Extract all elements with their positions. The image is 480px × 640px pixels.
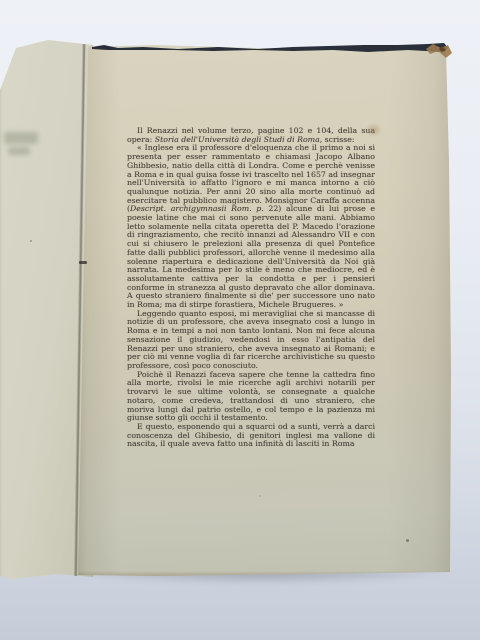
book-photo-scene: Il Renazzi nel volume terzo, pagine 102 … <box>0 0 480 640</box>
paper-speck <box>30 240 32 242</box>
quote-text-end: 22) alcune di lui prose e poesie latine … <box>127 204 375 309</box>
reference-italic: Descript. archigymnasii Rom. p. <box>130 204 264 213</box>
show-through-marks <box>8 147 30 155</box>
page-text-block: Il Renazzi nel volume terzo, pagine 102 … <box>127 127 375 449</box>
paper-speck <box>406 539 409 542</box>
foxing-stain <box>365 123 382 137</box>
book-title-italic: Storia dell'Università degli Studi di Ro… <box>155 135 320 144</box>
paper-speck <box>259 495 261 497</box>
paragraph-commentary: Leggendo quanto esposi, mi meravigliai c… <box>127 310 375 371</box>
paragraph-research: Poichè il Renazzi faceva sapere che tenn… <box>127 371 375 423</box>
paragraph-citation: Il Renazzi nel volume terzo, pagine 102 … <box>127 127 375 144</box>
citation-text-end: , scrisse: <box>320 135 355 144</box>
show-through-marks <box>4 132 38 144</box>
crease-nick <box>79 261 87 264</box>
paragraph-quote: « Inglese era il professore d'eloquenza … <box>127 144 375 309</box>
quote-text: « Inglese era il professore d'eloquenza … <box>127 143 375 213</box>
paragraph-testament: E questo, esponendo qui a squarci od a s… <box>127 423 375 449</box>
